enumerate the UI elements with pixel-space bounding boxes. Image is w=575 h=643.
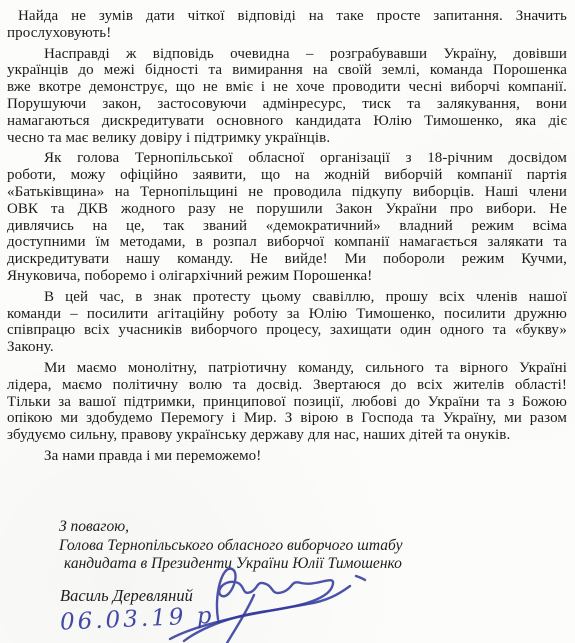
text-line: збудуємо сильну, правову українську держ… bbox=[7, 427, 567, 444]
paragraph: Найда не зумів дати чіткої відповіді на … bbox=[7, 8, 567, 42]
text-line: дискредитувати нашу команду. Не вийде! М… bbox=[7, 251, 567, 268]
text-line: доступними їм методами, в розпал виборчо… bbox=[7, 234, 567, 251]
paragraph: За нами правда і ми переможемо! bbox=[7, 448, 567, 465]
closing-salutation: З повагою, bbox=[59, 518, 402, 537]
text-line: «Батьківщина» на Тернопільщині не провод… bbox=[7, 184, 567, 201]
text-line: лідера, маємо політичну волю та досвід. … bbox=[7, 377, 567, 394]
letter-body: Найда не зумів дати чіткої відповіді на … bbox=[7, 8, 567, 465]
text-line: роботи, можу офіційно заявити, що на жод… bbox=[7, 167, 567, 184]
text-line: прослуховують! bbox=[7, 25, 567, 42]
text-line: Януковича, поборемо і олігархічний режим… bbox=[7, 268, 567, 285]
text-line: співпрацю всіх учасників виборчого проце… bbox=[7, 322, 567, 339]
text-line: команди – посилити агітаційну роботу за … bbox=[7, 306, 567, 323]
text-line: В цей час, в знак протесту цьому свавілл… bbox=[7, 289, 567, 306]
text-line: Як голова Тернопільської обласної органі… bbox=[7, 150, 567, 167]
closing-title-line-1: Голова Тернопільського обласного виборчо… bbox=[59, 537, 402, 556]
text-line: дивлячись на це, так званий «демократичн… bbox=[7, 218, 567, 235]
text-line: ОВК та ДКВ жодного разу не порушили Зако… bbox=[7, 201, 567, 218]
scanned-letter-page: Найда не зумів дати чіткої відповіді на … bbox=[0, 0, 575, 643]
text-line: За нами правда і ми переможемо! bbox=[7, 448, 567, 465]
text-line: чесно та має велику довіру і підтримку у… bbox=[7, 130, 567, 147]
text-line: намагаються дискредитувати основного кан… bbox=[7, 113, 567, 130]
text-line: Порушуючи закон, застосовуючи адмінресур… bbox=[7, 96, 567, 113]
text-line: опікою ми здобудемо Перемогу і Мир. З ві… bbox=[7, 410, 567, 427]
text-line: Найда не зумів дати чіткої відповіді на … bbox=[7, 8, 567, 25]
text-line: вже вкотре демонструє, що не вміє і не х… bbox=[7, 79, 567, 96]
paragraph: Насправді ж відповідь очевидна – розграб… bbox=[7, 46, 567, 147]
paragraph: В цей час, в знак протесту цьому свавілл… bbox=[7, 289, 567, 356]
paragraph: Ми маємо монолітну, патріотичну команду,… bbox=[7, 360, 567, 444]
text-line: Тільки за вашої підтримки, принципової п… bbox=[7, 394, 567, 411]
text-line: українців до межі бідності та вимирання … bbox=[7, 62, 567, 79]
text-line: Закону. bbox=[7, 339, 567, 356]
text-line: Насправді ж відповідь очевидна – розграб… bbox=[7, 46, 567, 63]
paragraph: Як голова Тернопільської обласної органі… bbox=[7, 150, 567, 284]
text-line: Ми маємо монолітну, патріотичну команду,… bbox=[7, 360, 567, 377]
